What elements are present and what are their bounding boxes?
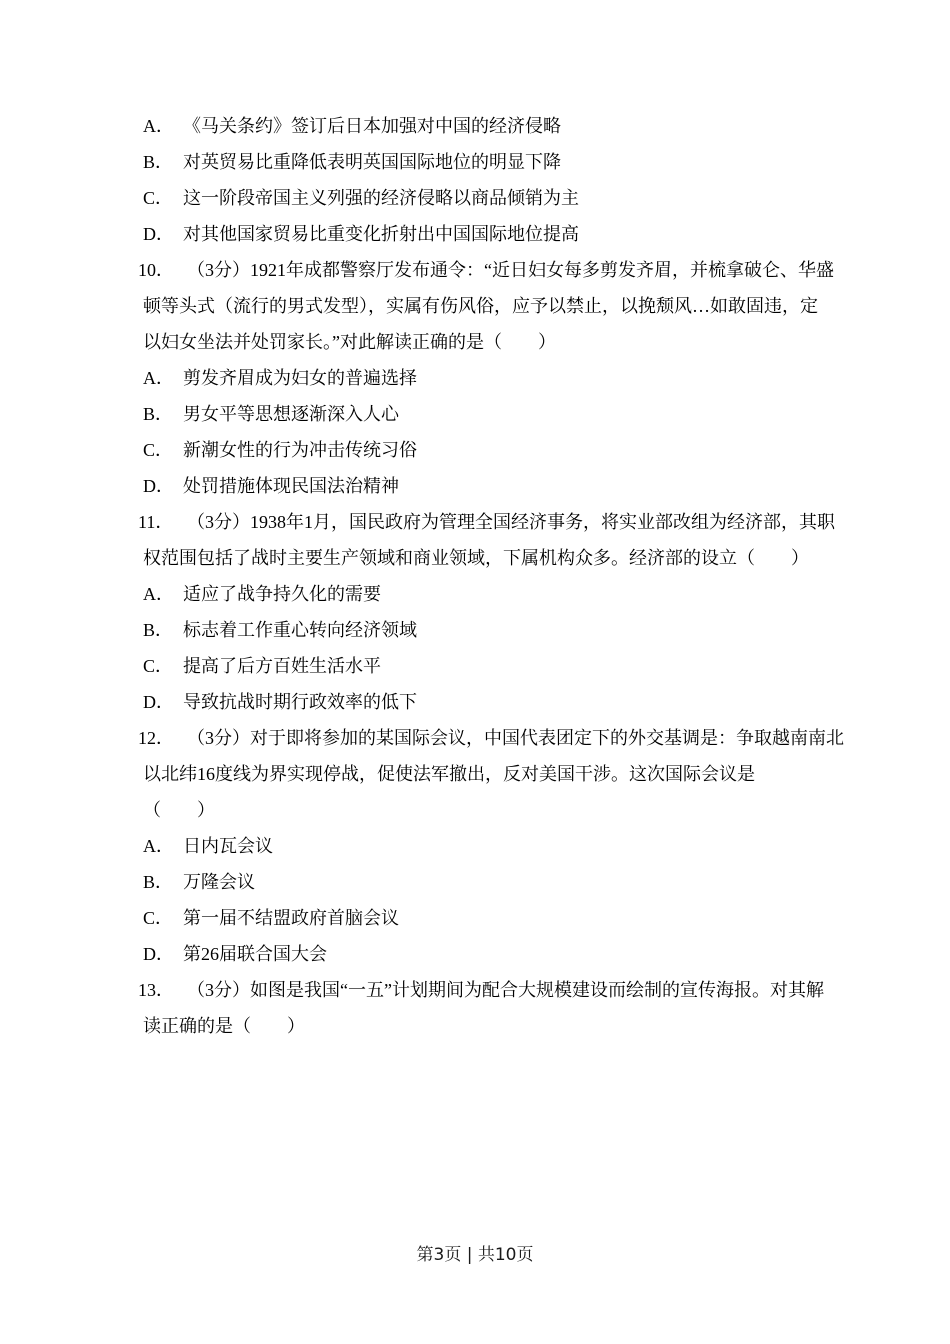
option-row: A．日内瓦会议 — [0, 827, 950, 863]
question-stem-text: 以北纬16度线为界实现停战，促使法军撤出，反对美国干涉。这次国际会议是 — [143, 760, 755, 786]
option-text: 第一届不结盟政府首脑会议 — [183, 904, 399, 930]
option-row: B．男女平等思想逐渐深入人心 — [0, 395, 950, 431]
question-number: 13． — [138, 976, 187, 1002]
option-label: D． — [143, 472, 183, 498]
option-text: 处罚措施体现民国法治精神 — [183, 472, 399, 498]
question-stem-line: 11．（3分）1938年1月，国民政府为管理全国经济事务，将实业部改组为经济部，… — [0, 503, 950, 539]
option-label: C． — [143, 436, 183, 462]
option-text: 万隆会议 — [183, 868, 255, 894]
option-text: 第26届联合国大会 — [183, 940, 327, 966]
question-stem-text: 以妇女坐法并处罚家长。”对此解读正确的是（ ） — [143, 328, 556, 354]
question-stem-line: （ ） — [0, 791, 950, 827]
option-row: D．对其他国家贸易比重变化折射出中国国际地位提高 — [0, 215, 950, 251]
option-label: D． — [143, 940, 183, 966]
option-text: 剪发齐眉成为妇女的普遍选择 — [183, 364, 417, 390]
option-row: B．万隆会议 — [0, 863, 950, 899]
question-number: 12． — [138, 724, 187, 750]
option-text: 《马关条约》签订后日本加强对中国的经济侵略 — [183, 112, 561, 138]
page-footer: 第3页 | 共10页 — [0, 1240, 950, 1265]
option-row: B．标志着工作重心转向经济领域 — [0, 611, 950, 647]
option-label: A． — [143, 580, 183, 606]
question-block: 10．（3分）1921年成都警察厅发布通令：“近日妇女每多剪发齐眉，并梳拿破仑、… — [0, 251, 950, 503]
option-text: 标志着工作重心转向经济领域 — [183, 616, 417, 642]
option-label: C． — [143, 904, 183, 930]
question-number: 10． — [138, 256, 187, 282]
question-stem-text: （3分）如图是我国“一五”计划期间为配合大规模建设而绘制的宣传海报。对其解 — [187, 976, 824, 1002]
option-label: B． — [143, 400, 183, 426]
option-row: A．适应了战争持久化的需要 — [0, 575, 950, 611]
option-label: A． — [143, 832, 183, 858]
question-block: 13．（3分）如图是我国“一五”计划期间为配合大规模建设而绘制的宣传海报。对其解… — [0, 971, 950, 1043]
option-label: C． — [143, 652, 183, 678]
question-block: 12．（3分）对于即将参加的某国际会议，中国代表团定下的外交基调是：争取越南南北… — [0, 719, 950, 971]
question-stem-line: 13．（3分）如图是我国“一五”计划期间为配合大规模建设而绘制的宣传海报。对其解 — [0, 971, 950, 1007]
option-label: B． — [143, 868, 183, 894]
option-text: 新潮女性的行为冲击传统习俗 — [183, 436, 417, 462]
option-text: 对其他国家贸易比重变化折射出中国国际地位提高 — [183, 220, 579, 246]
question-stem-text: 读正确的是（ ） — [143, 1012, 305, 1038]
option-row: A．剪发齐眉成为妇女的普遍选择 — [0, 359, 950, 395]
option-row: D．第26届联合国大会 — [0, 935, 950, 971]
questions-area: A．《马关条约》签订后日本加强对中国的经济侵略B．对英贸易比重降低表明英国国际地… — [0, 107, 950, 1043]
option-row: C．这一阶段帝国主义列强的经济侵略以商品倾销为主 — [0, 179, 950, 215]
question-stem-text: （3分）对于即将参加的某国际会议，中国代表团定下的外交基调是：争取越南南北 — [187, 724, 844, 750]
option-text: 对英贸易比重降低表明英国国际地位的明显下降 — [183, 148, 561, 174]
option-label: B． — [143, 616, 183, 642]
question-stem-text: 权范围包括了战时主要生产领域和商业领域，下属机构众多。经济部的设立（ ） — [143, 544, 809, 570]
option-row: B．对英贸易比重降低表明英国国际地位的明显下降 — [0, 143, 950, 179]
question-block: 11．（3分）1938年1月，国民政府为管理全国经济事务，将实业部改组为经济部，… — [0, 503, 950, 719]
question-stem-line: 权范围包括了战时主要生产领域和商业领域，下属机构众多。经济部的设立（ ） — [0, 539, 950, 575]
option-row: D．处罚措施体现民国法治精神 — [0, 467, 950, 503]
option-text: 适应了战争持久化的需要 — [183, 580, 381, 606]
page-indicator: 第3页 | 共10页 — [417, 1245, 534, 1265]
question-stem-text: （3分）1938年1月，国民政府为管理全国经济事务，将实业部改组为经济部，其职 — [187, 508, 835, 534]
option-row: C．提高了后方百姓生活水平 — [0, 647, 950, 683]
question-stem-text: （3分）1921年成都警察厅发布通令：“近日妇女每多剪发齐眉，并梳拿破仑、华盛 — [187, 256, 834, 282]
question-stem-line: 10．（3分）1921年成都警察厅发布通令：“近日妇女每多剪发齐眉，并梳拿破仑、… — [0, 251, 950, 287]
option-label: B． — [143, 148, 183, 174]
option-label: D． — [143, 688, 183, 714]
question-stem-line: 以北纬16度线为界实现停战，促使法军撤出，反对美国干涉。这次国际会议是 — [0, 755, 950, 791]
option-text: 这一阶段帝国主义列强的经济侵略以商品倾销为主 — [183, 184, 579, 210]
option-label: D． — [143, 220, 183, 246]
question-stem-text: 顿等头式（流行的男式发型），实属有伤风俗，应予以禁止，以挽颓风…如敢固违，定 — [143, 292, 818, 318]
option-label: C． — [143, 184, 183, 210]
question-number: 11． — [138, 508, 187, 534]
option-text: 男女平等思想逐渐深入人心 — [183, 400, 399, 426]
option-row: C．新潮女性的行为冲击传统习俗 — [0, 431, 950, 467]
option-text: 导致抗战时期行政效率的低下 — [183, 688, 417, 714]
option-row: D．导致抗战时期行政效率的低下 — [0, 683, 950, 719]
question-stem-text: （ ） — [143, 796, 215, 822]
option-label: A． — [143, 364, 183, 390]
option-row: A．《马关条约》签订后日本加强对中国的经济侵略 — [0, 107, 950, 143]
option-row: C．第一届不结盟政府首脑会议 — [0, 899, 950, 935]
question-stem-line: 顿等头式（流行的男式发型），实属有伤风俗，应予以禁止，以挽颓风…如敢固违，定 — [0, 287, 950, 323]
option-text: 日内瓦会议 — [183, 832, 273, 858]
question-stem-line: 12．（3分）对于即将参加的某国际会议，中国代表团定下的外交基调是：争取越南南北 — [0, 719, 950, 755]
exam-page: A．《马关条约》签订后日本加强对中国的经济侵略B．对英贸易比重降低表明英国国际地… — [0, 0, 950, 1344]
question-stem-line: 以妇女坐法并处罚家长。”对此解读正确的是（ ） — [0, 323, 950, 359]
option-text: 提高了后方百姓生活水平 — [183, 652, 381, 678]
option-label: A． — [143, 112, 183, 138]
question-block: A．《马关条约》签订后日本加强对中国的经济侵略B．对英贸易比重降低表明英国国际地… — [0, 107, 950, 251]
question-stem-line: 读正确的是（ ） — [0, 1007, 950, 1043]
